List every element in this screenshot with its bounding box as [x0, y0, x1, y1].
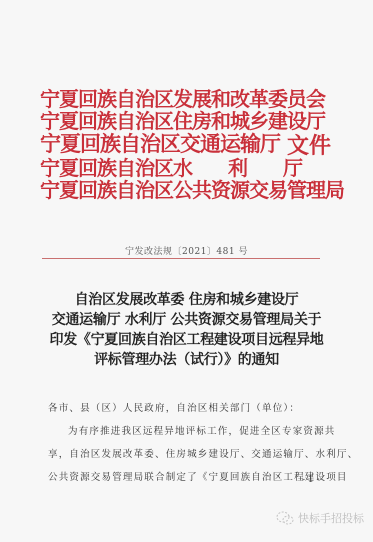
body-line: 为有序推进我区远程异地评标工作，促进全区专家资源共 — [48, 420, 328, 443]
page-number: - 1 - — [302, 475, 320, 485]
document-title: 自治区发展改革委 住房和城乡建设厅 交通运输厅 水利厅 公共资源交易管理局关于 … — [0, 290, 373, 370]
salutation: 各市、县（区）人民政府，自治区相关部门（单位）： — [48, 397, 328, 420]
document-number: 宁发改法规〔2021〕481 号 — [0, 244, 373, 257]
issuer-water-main: 宁夏回族自治区水 — [40, 156, 192, 180]
title-line: 交通运输厅 水利厅 公共资源交易管理局关于 — [0, 310, 373, 330]
red-divider — [42, 258, 320, 259]
wechat-icon — [276, 511, 294, 525]
issuer-public-resources: 宁夏回族自治区公共资源交易管理局 — [40, 179, 344, 201]
issuer-housing: 宁夏回族自治区住房和城乡建设厅 — [40, 110, 325, 132]
watermark-label: 快标手招投标 — [298, 510, 364, 526]
issuer-water-mid: 利 — [228, 156, 247, 180]
title-line: 印发《宁夏回族自治区工程建设项目远程异地 — [0, 330, 373, 350]
issuer-water: 宁夏回族自治区水利厅 — [40, 157, 302, 179]
issuer-transport: 宁夏回族自治区交通运输厅 — [40, 133, 280, 155]
title-line: 评标管理办法（试行）》的通知 — [0, 350, 373, 370]
body-line: 公共资源交易管理局联合制定了《宁夏回族自治区工程建设项目 — [48, 466, 328, 489]
issuer-water-end: 厅 — [283, 156, 302, 180]
body-line: 享，自治区发展改革委、住房城乡建设厅、交通运输厅、水利厅、 — [48, 443, 328, 466]
title-line: 自治区发展改革委 住房和城乡建设厅 — [0, 290, 373, 310]
document-body: 各市、县（区）人民政府，自治区相关部门（单位）： 为有序推进我区远程异地评标工作… — [48, 397, 328, 489]
issuer-ndrc: 宁夏回族自治区发展和改革委员会 — [40, 88, 325, 110]
source-watermark: 快标手招投标 — [276, 510, 364, 526]
document-page: 宁夏回族自治区发展和改革委员会 宁夏回族自治区住房和城乡建设厅 宁夏回族自治区交… — [0, 0, 373, 542]
file-label: 文件 — [287, 133, 331, 159]
